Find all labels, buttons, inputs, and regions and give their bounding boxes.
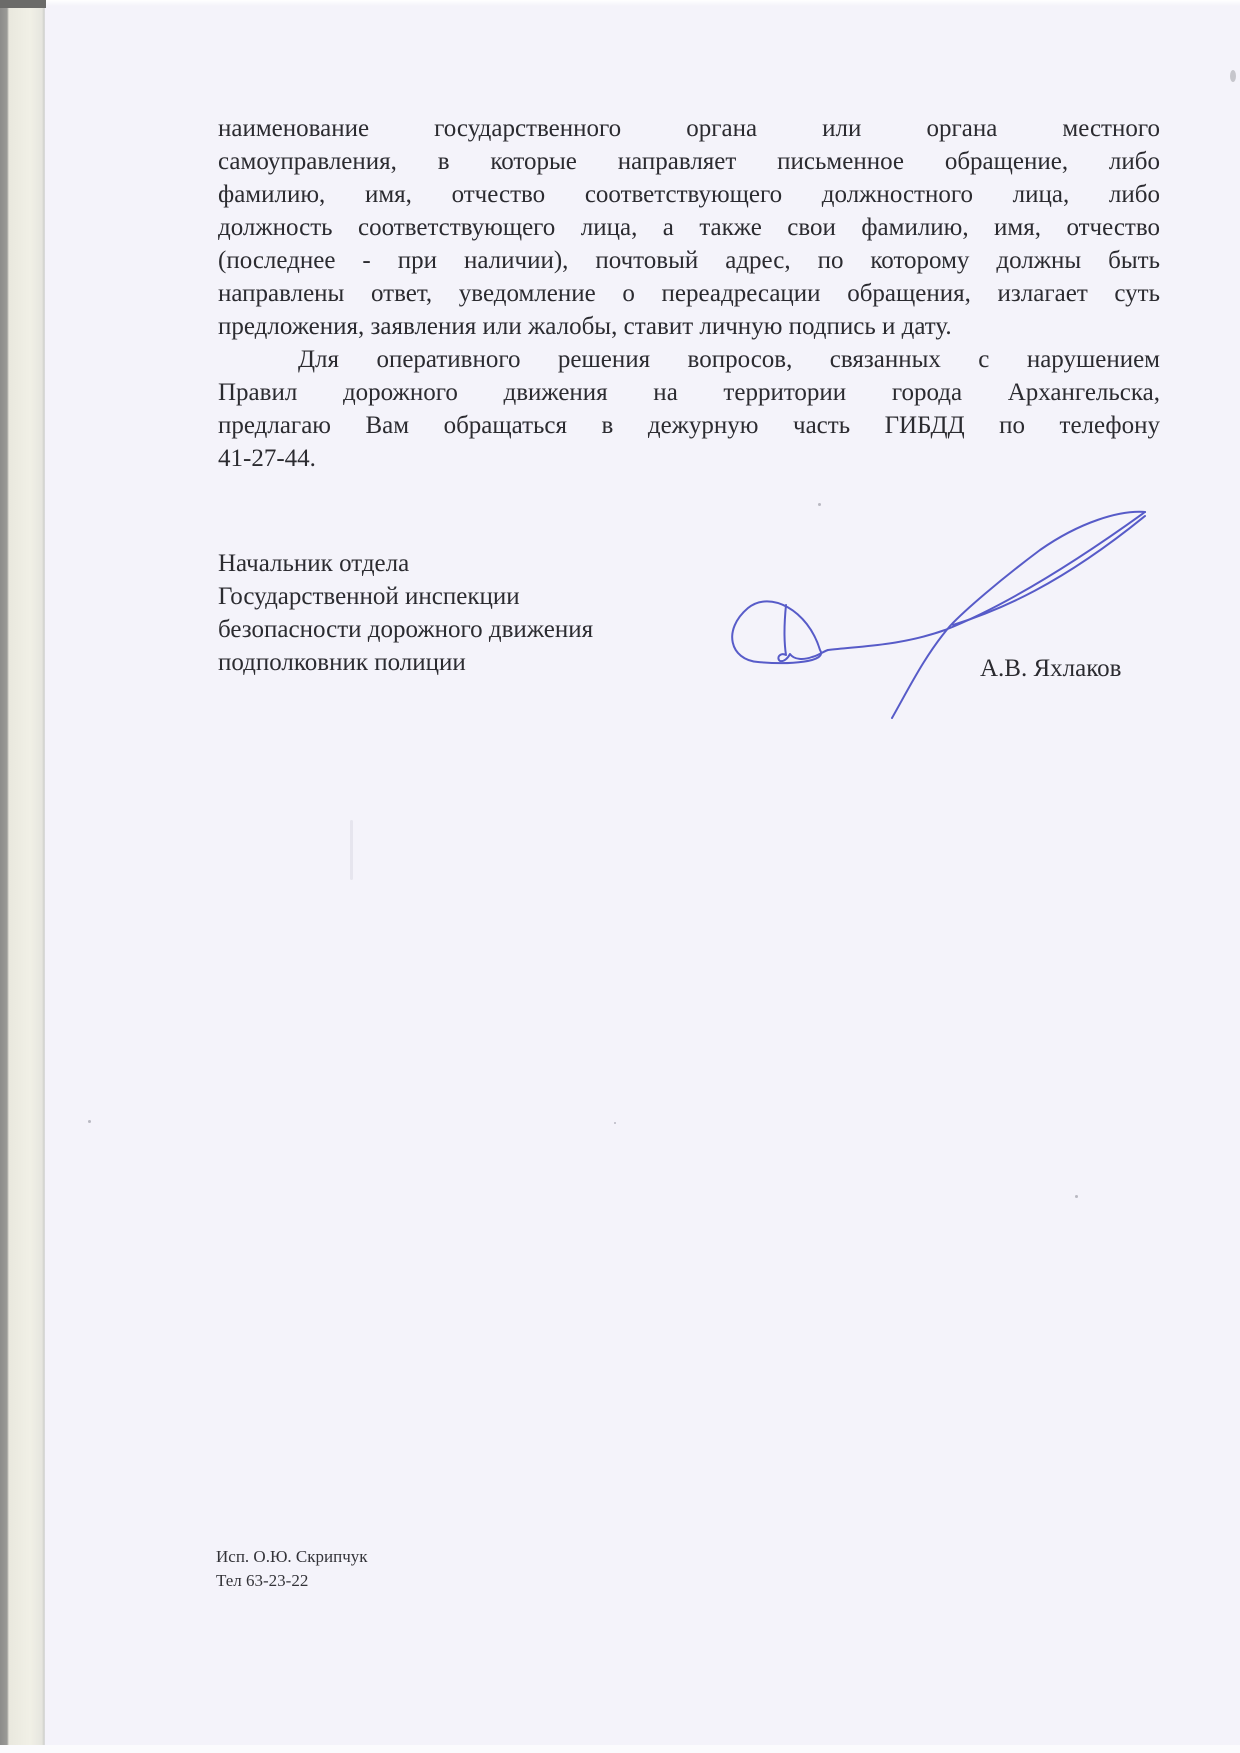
scan-speck (88, 1120, 91, 1123)
text-line: предлагаю Вам обращаться в дежурную част… (218, 409, 1160, 442)
handwritten-signature-icon (700, 490, 1180, 730)
text-line: наименование государственного органа или… (218, 112, 1160, 145)
text-line: самоуправления, в которые направляет пис… (218, 145, 1160, 178)
phone-number-line: 41-27-44. (218, 442, 1160, 475)
scan-speck (818, 503, 821, 506)
text-line: предложения, заявления или жалобы, стави… (218, 310, 1160, 343)
text-line: фамилию, имя, отчество соответствующего … (218, 178, 1160, 211)
text-line: Правил дорожного движения на территории … (218, 376, 1160, 409)
scan-speck (1230, 70, 1236, 82)
paragraph-contact-gibdd: Для оперативного решения вопросов, связа… (218, 343, 1160, 475)
executor-phone: Тел 63-23-22 (216, 1569, 368, 1593)
text-line: должность соответствующего лица, а также… (218, 211, 1160, 244)
text-line: направлены ответ, уведомление о переадре… (218, 277, 1160, 310)
text-line: (последнее - при наличии), почтовый адре… (218, 244, 1160, 277)
letter-page: наименование государственного органа или… (0, 0, 1240, 1753)
scan-speck (1075, 1195, 1078, 1198)
executor-name: Исп. О.Ю. Скрипчук (216, 1545, 368, 1569)
signer-title-line: Начальник отдела (218, 547, 593, 580)
paragraph-requirements: наименование государственного органа или… (218, 112, 1160, 343)
text-line: Для оперативного решения вопросов, связа… (218, 343, 1160, 376)
signer-name: А.В. Яхлаков (980, 652, 1121, 685)
scan-streak (350, 820, 353, 880)
executor-note: Исп. О.Ю. Скрипчук Тел 63-23-22 (216, 1545, 368, 1593)
scan-speck (614, 1122, 616, 1124)
signer-title-block: Начальник отдела Государственной инспекц… (218, 547, 593, 679)
signer-title-line: безопасности дорожного движения (218, 613, 593, 646)
signer-title-line: подполковник полиции (218, 646, 593, 679)
letter-body: наименование государственного органа или… (218, 112, 1160, 475)
signer-title-line: Государственной инспекции (218, 580, 593, 613)
